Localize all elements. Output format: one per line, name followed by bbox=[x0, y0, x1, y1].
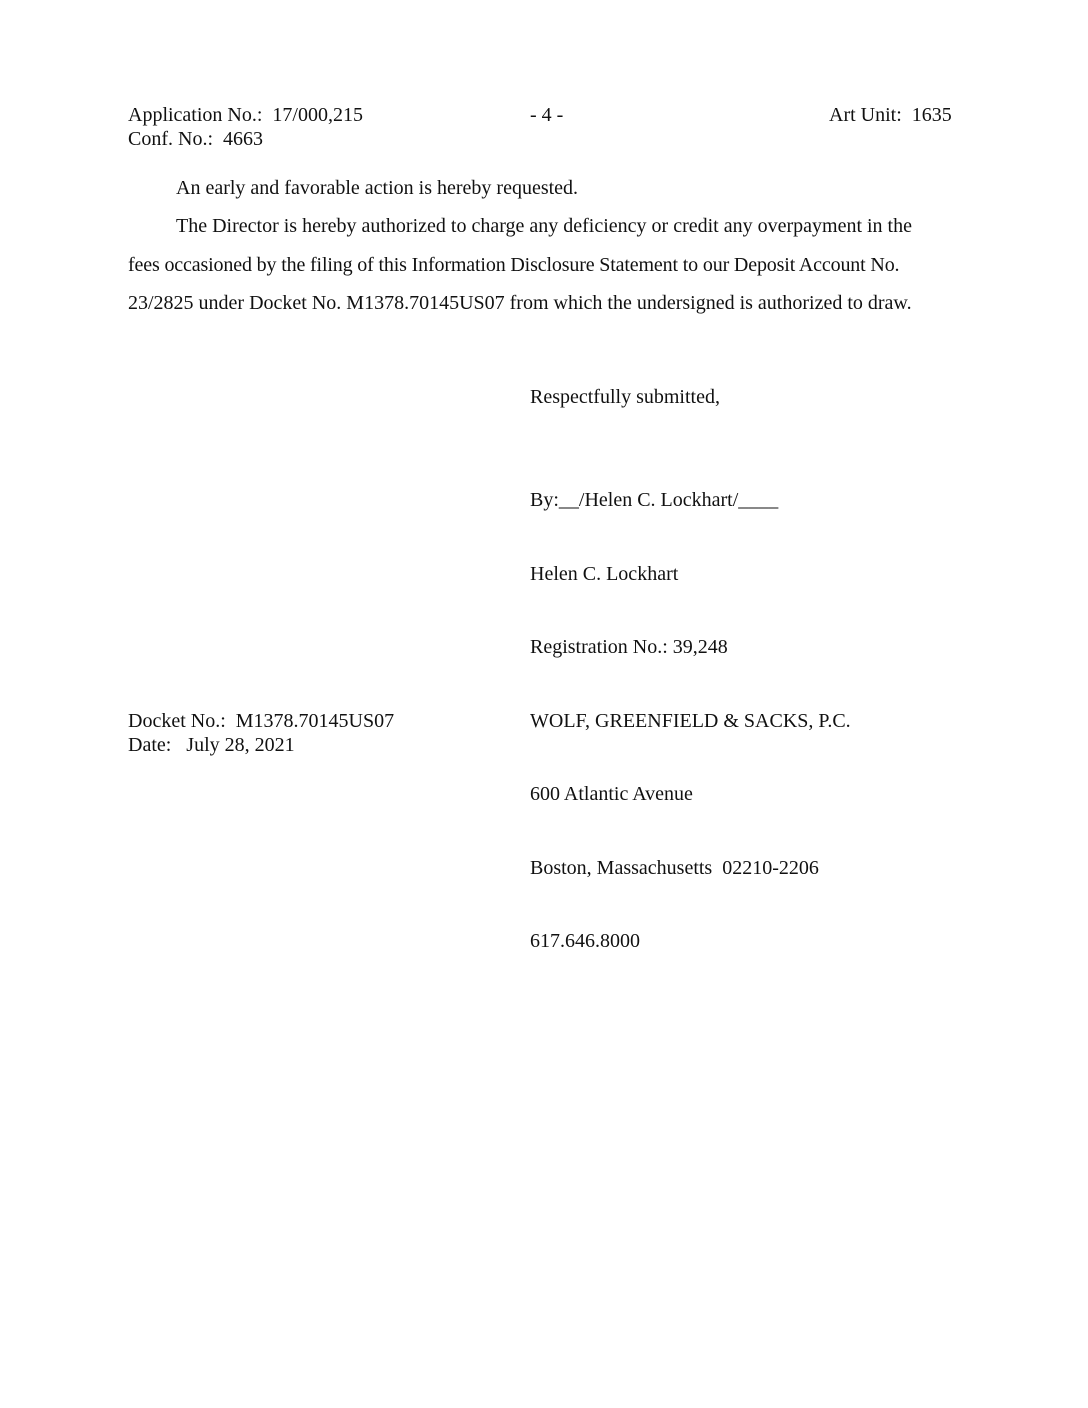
authorization-paragraph-line-2: fees occasioned by the filing of this In… bbox=[128, 253, 899, 277]
firm-city-state-zip: Boston, Massachusetts 02210-2206 bbox=[530, 856, 851, 881]
firm-phone: 617.646.8000 bbox=[530, 929, 851, 954]
authorization-paragraph-line-3: 23/2825 under Docket No. M1378.70145US07… bbox=[128, 291, 912, 315]
docket-number: Docket No.: M1378.70145US07 bbox=[128, 709, 394, 733]
firm-street-address: 600 Atlantic Avenue bbox=[530, 782, 851, 807]
signer-name: Helen C. Lockhart bbox=[530, 562, 851, 587]
application-number: Application No.: 17/000,215 bbox=[128, 103, 363, 127]
page-number: - 4 - bbox=[530, 103, 563, 127]
request-paragraph: An early and favorable action is hereby … bbox=[176, 176, 578, 200]
closing-salutation: Respectfully submitted, bbox=[530, 385, 720, 410]
signature-block: By:__/Helen C. Lockhart/____ Helen C. Lo… bbox=[530, 439, 851, 1003]
filing-date: Date: July 28, 2021 bbox=[128, 733, 295, 757]
registration-number: Registration No.: 39,248 bbox=[530, 635, 851, 660]
firm-name: WOLF, GREENFIELD & SACKS, P.C. bbox=[530, 709, 851, 734]
signature-line: By:__/Helen C. Lockhart/____ bbox=[530, 488, 851, 513]
confirmation-number: Conf. No.: 4663 bbox=[128, 127, 263, 151]
authorization-paragraph-line-1: The Director is hereby authorized to cha… bbox=[176, 214, 912, 238]
art-unit: Art Unit: 1635 bbox=[829, 103, 952, 127]
